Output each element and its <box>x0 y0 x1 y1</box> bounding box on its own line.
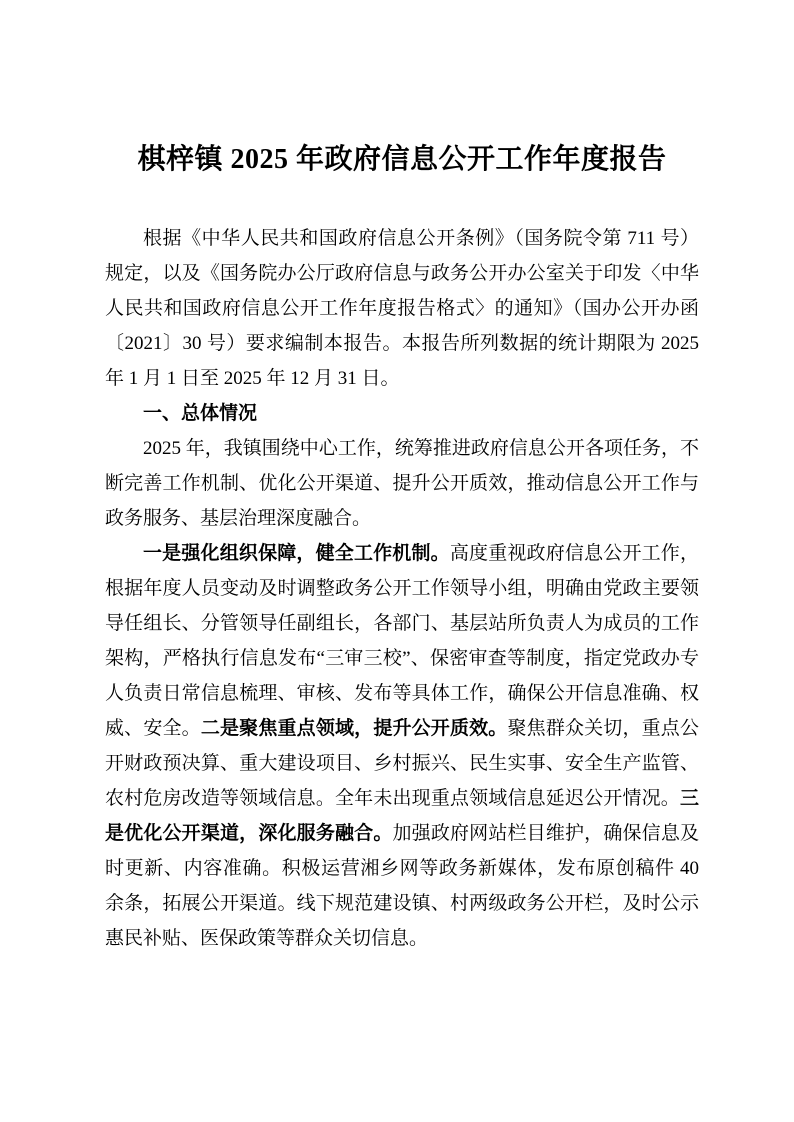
intro-paragraph: 根据《中华人民共和国政府信息公开条例》（国务院令第 711 号）规定，以及《国务… <box>105 221 699 396</box>
document-title: 棋梓镇 2025 年政府信息公开工作年度报告 <box>105 140 699 181</box>
overview-paragraph: 2025 年，我镇围绕中心工作，统筹推进政府信息公开各项任务，不断完善工作机制、… <box>105 431 699 536</box>
bold-run-heading: 一是强化组织保障，健全工作机制。 <box>143 543 450 564</box>
detail-paragraph: 一是强化组织保障，健全工作机制。高度重视政府信息公开工作，根据年度人员变动及时调… <box>105 536 699 956</box>
section-heading-overall-situation: 一、总体情况 <box>105 396 699 431</box>
bold-run-heading: 二是聚焦重点领域，提升公开质效。 <box>201 718 508 739</box>
document-content: 棋梓镇 2025 年政府信息公开工作年度报告 根据《中华人民共和国政府信息公开条… <box>105 140 699 956</box>
document-page: 棋梓镇 2025 年政府信息公开工作年度报告 根据《中华人民共和国政府信息公开条… <box>0 0 794 1122</box>
text-run: 高度重视政府信息公开工作，根据年度人员变动及时调整政务公开工作领导小组，明确由党… <box>105 543 699 739</box>
